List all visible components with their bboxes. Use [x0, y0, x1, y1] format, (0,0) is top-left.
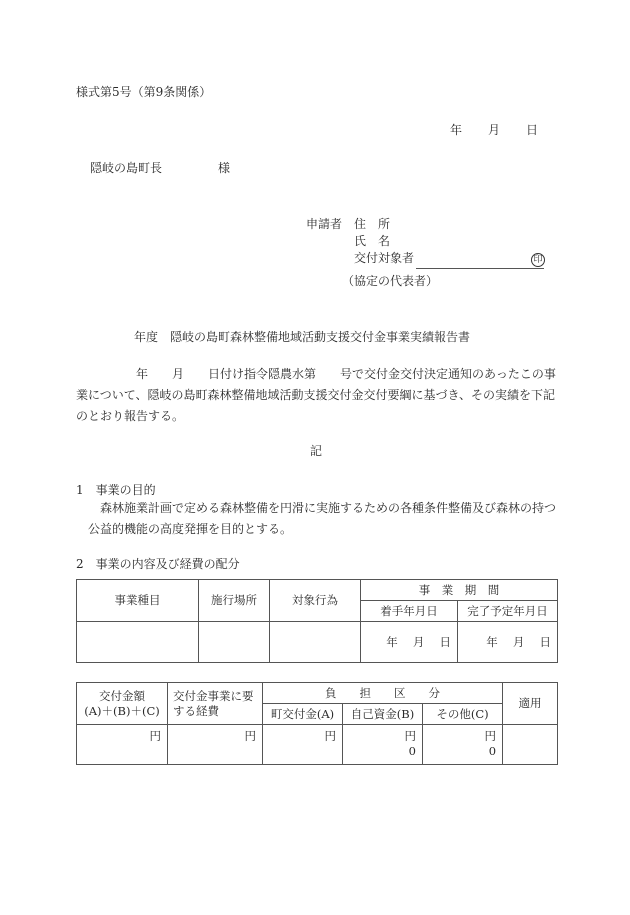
- cell-start[interactable]: 年 月 日: [361, 622, 458, 663]
- addressee-name: 隠岐の島町長: [90, 161, 162, 175]
- table-row: 年 月 日 年 月 日: [77, 622, 558, 663]
- cell-end[interactable]: 年 月 日: [458, 622, 558, 663]
- document-title: 年度 隠岐の島町森林整備地域活動支援交付金事業実績報告書: [134, 329, 470, 345]
- cell-self[interactable]: 円 0: [343, 725, 423, 765]
- header-type: 事業種目: [77, 580, 199, 622]
- header-period: 事 業 期 間: [361, 580, 558, 601]
- header-place: 施行場所: [199, 580, 270, 622]
- header-cost-line2: する経費: [173, 704, 262, 719]
- date-month: 月: [488, 122, 500, 138]
- expense-table: 交付金額 (A)＋(B)＋(C) 交付金事業に要 する経費 負 担 区 分 適用…: [76, 682, 558, 765]
- address-label: 住 所: [354, 216, 390, 232]
- header-amount-line1: 交付金額: [77, 689, 167, 704]
- body-line: のとおり報告する。: [76, 406, 558, 427]
- seal-icon: 印: [531, 253, 545, 267]
- cell-town[interactable]: 円: [263, 725, 343, 765]
- yen-unit: 円: [423, 729, 496, 744]
- header-cost: 交付金事業に要 する経費: [168, 683, 263, 725]
- cell-remarks[interactable]: [503, 725, 558, 765]
- header-burden: 負 担 区 分: [263, 683, 503, 704]
- date-line: 年月日: [450, 122, 538, 138]
- project-table: 事業種目 施行場所 対象行為 事 業 期 間 着手年月日 完了予定年月日 年 月…: [76, 579, 558, 663]
- cell-target[interactable]: [270, 622, 361, 663]
- header-town: 町交付金(A): [263, 704, 343, 725]
- addressee: 隠岐の島町長様: [90, 160, 230, 176]
- cell-place[interactable]: [199, 622, 270, 663]
- form-number: 様式第5号（第9条関係）: [76, 84, 211, 100]
- cell-cost[interactable]: 円: [168, 725, 263, 765]
- cell-other[interactable]: 円 0: [423, 725, 503, 765]
- section1-line: 森林施業計画で定める森林整備を円滑に実施するための各種条件整備及び森林の持つ: [76, 498, 558, 519]
- header-target: 対象行為: [270, 580, 361, 622]
- header-start: 着手年月日: [361, 601, 458, 622]
- date-year: 年: [450, 122, 462, 138]
- yen-unit: 円: [77, 729, 161, 744]
- representative-note: （協定の代表者）: [342, 273, 438, 289]
- section1-body: 森林施業計画で定める森林整備を円滑に実施するための各種条件整備及び森林の持つ 公…: [76, 498, 558, 540]
- table-row: 円 円 円 円 0 円 0: [77, 725, 558, 765]
- cell-type[interactable]: [77, 622, 199, 663]
- other-value: 0: [423, 744, 496, 759]
- header-end: 完了予定年月日: [458, 601, 558, 622]
- header-cost-line1: 交付金事業に要: [173, 689, 262, 704]
- name-label: 氏 名: [354, 233, 390, 249]
- cell-amount[interactable]: 円: [77, 725, 168, 765]
- body-line: 業について、隠岐の島町森林整備地域活動支援交付金交付要綱に基づき、その実績を下記: [76, 385, 558, 406]
- header-self: 自己資金(B): [343, 704, 423, 725]
- header-amount: 交付金額 (A)＋(B)＋(C): [77, 683, 168, 725]
- header-remarks: 適用: [503, 683, 558, 725]
- self-value: 0: [343, 744, 416, 759]
- addressee-honorific: 様: [218, 161, 230, 175]
- signature-line: [416, 268, 544, 269]
- section1-line: 公益的機能の高度発揮を目的とする。: [76, 519, 558, 540]
- header-other: その他(C): [423, 704, 503, 725]
- yen-unit: 円: [263, 729, 336, 744]
- date-day: 日: [526, 122, 538, 138]
- yen-unit: 円: [343, 729, 416, 744]
- yen-unit: 円: [168, 729, 256, 744]
- target-label: 交付対象者: [354, 250, 414, 266]
- ki-heading: 記: [310, 443, 322, 459]
- header-amount-line2: (A)＋(B)＋(C): [77, 704, 167, 719]
- section2-heading: 2 事業の内容及び経費の配分: [76, 556, 240, 572]
- section1-heading: 1 事業の目的: [76, 482, 156, 498]
- body-line: 年 月 日付け指令隠農水第 号で交付金交付決定通知のあったこの事: [76, 364, 558, 385]
- body-paragraph: 年 月 日付け指令隠農水第 号で交付金交付決定通知のあったこの事 業について、隠…: [76, 364, 558, 427]
- applicant-label: 申請者: [306, 216, 342, 232]
